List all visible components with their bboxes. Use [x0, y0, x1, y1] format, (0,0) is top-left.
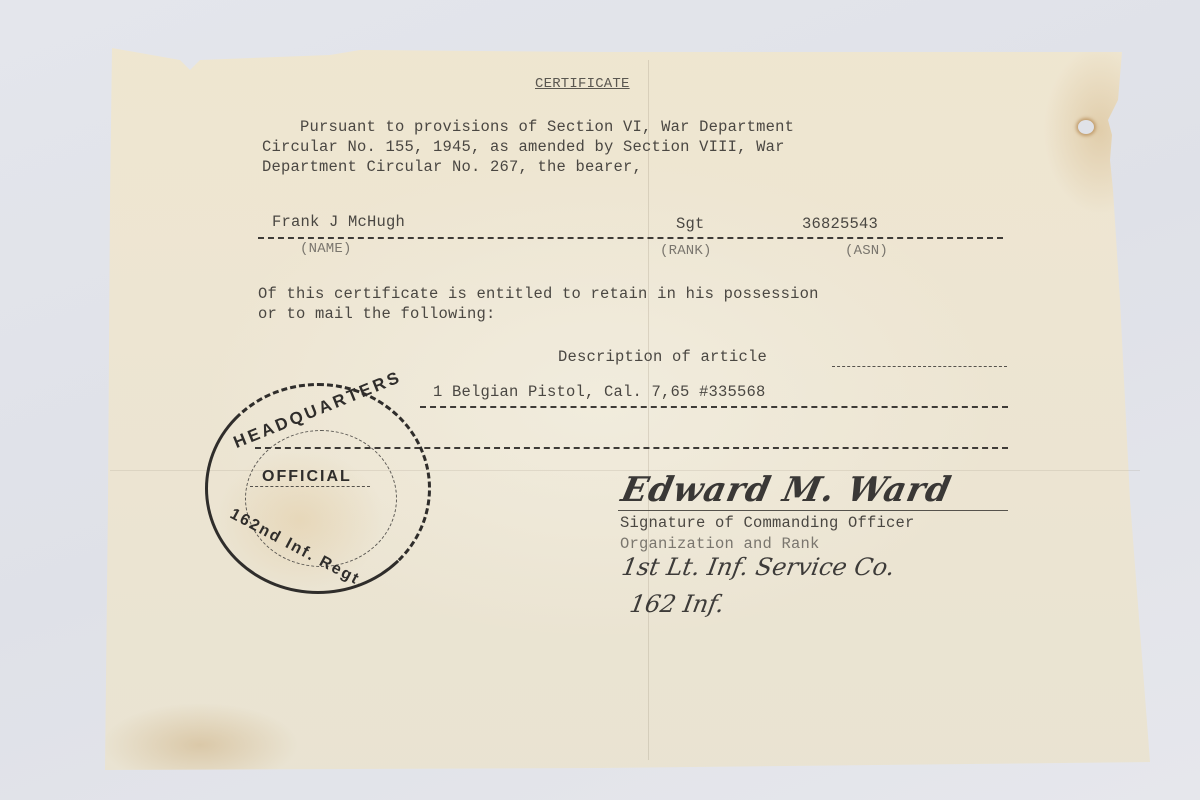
- article-line-1: [420, 406, 1008, 408]
- bearer-asn: 36825543: [802, 215, 878, 233]
- fold-crease-vertical: [648, 60, 649, 760]
- article-description: 1 Belgian Pistol, Cal. 7,65 #335568: [433, 383, 766, 401]
- intro-line-3: Department Circular No. 267, the bearer,: [262, 158, 642, 176]
- signature-line: [618, 510, 1008, 511]
- description-underline: [832, 366, 1007, 367]
- entitlement-line-2: or to mail the following:: [258, 305, 496, 323]
- rank-label: (RANK): [660, 243, 712, 259]
- bearer-rank: Sgt: [676, 215, 705, 233]
- org-rank-handwritten-1: 1st Lt. Inf. Service Co.: [620, 553, 898, 581]
- certificate-title: CERTIFICATE: [535, 76, 630, 92]
- entitlement-line-1: Of this certificate is entitled to retai…: [258, 285, 819, 303]
- commanding-officer-signature: Edward M. Ward: [618, 470, 955, 510]
- stamp-inner-ring: [245, 430, 397, 567]
- org-rank-label: Organization and Rank: [620, 535, 820, 553]
- bearer-name: Frank J McHugh: [272, 213, 405, 231]
- name-label: (NAME): [300, 241, 352, 257]
- bearer-underline: [258, 237, 1003, 239]
- stamp-official-text: OFFICIAL: [262, 468, 352, 486]
- intro-line-2: Circular No. 155, 1945, as amended by Se…: [262, 138, 785, 156]
- description-label: Description of article: [558, 348, 767, 366]
- paper-tear-hole: [1078, 120, 1094, 134]
- intro-line-1: Pursuant to provisions of Section VI, Wa…: [262, 118, 794, 136]
- asn-label: (ASN): [845, 243, 888, 259]
- signature-label: Signature of Commanding Officer: [620, 514, 915, 532]
- org-rank-handwritten-2: 162 Inf.: [628, 590, 727, 618]
